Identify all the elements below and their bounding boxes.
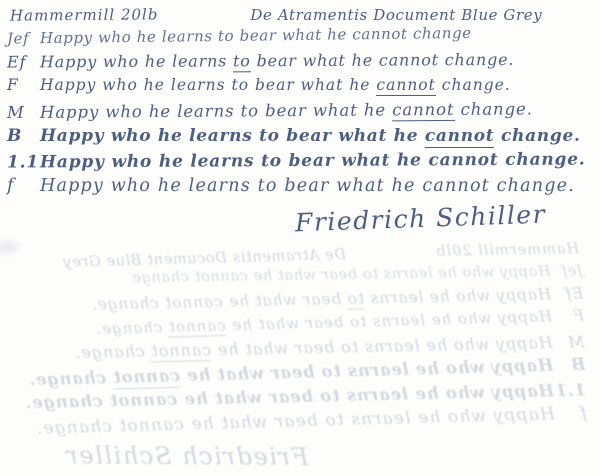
sample-text: Happy who he learns to bear what he cann…	[40, 76, 511, 94]
underlined-word: cannot	[425, 126, 494, 148]
writing-sample-line-3: F Happy who he learns to bear what he ca…	[0, 76, 600, 101]
nib-size-label: B	[553, 355, 586, 375]
underlined-word: cannot	[376, 76, 435, 96]
underlined-word: to	[233, 51, 251, 72]
nib-size-label: f	[7, 176, 40, 196]
nib-size-label: Jef	[551, 262, 583, 280]
writing-sample-line-4: M Happy who he learns to bear what he ca…	[0, 99, 600, 128]
nib-size-label: f	[554, 404, 587, 424]
nib-size-label: F	[552, 307, 584, 325]
underlined-word: cannot	[150, 341, 211, 363]
paper-brand-label: Hammermill 20lb	[10, 5, 159, 24]
nib-size-label: Jef	[7, 29, 40, 47]
underlined-word: to	[347, 289, 365, 310]
nib-size-label: M	[7, 103, 40, 122]
writing-sample-line-7: f Happy who he learns to bear what he ca…	[0, 176, 600, 201]
underlined-word: cannot	[168, 317, 226, 338]
writing-sample-line-6: 1.1 Happy who he learns to bear what he …	[0, 149, 600, 177]
sample-text: Happy who he learns to bear what he cann…	[40, 176, 575, 196]
paper-brand-label: Hammermill 20lb	[435, 239, 579, 259]
back-side-showthrough: Hammermill 20lb De Atramentis Document B…	[7, 233, 595, 474]
nib-size-label: Ef	[7, 52, 40, 71]
underlined-word: cannot	[392, 100, 454, 121]
ink-name-label: De Atramentis Document Blue Grey	[250, 6, 542, 24]
sample-text: Happy who he learns to bear what he cann…	[40, 24, 472, 47]
nib-size-label: Ef	[551, 284, 583, 303]
writing-sample-line-2: Ef Happy who he learns to bear what he c…	[0, 49, 600, 77]
nib-size-label: M	[552, 333, 584, 352]
sample-text: Happy who he learns to bear what he cann…	[40, 50, 514, 71]
sample-text: Happy who he learns to bear what he cann…	[40, 150, 586, 173]
nib-size-label: 1.1	[554, 381, 586, 401]
scanned-writing-sample: Hammermill 20lb De Atramentis Document B…	[0, 0, 600, 476]
sample-text: Happy who he learns to bear what he cann…	[40, 99, 533, 121]
nib-size-label: B	[7, 126, 40, 146]
writing-sample-line-5: B Happy who he learns to bear what he ca…	[0, 126, 600, 151]
nib-size-label: F	[7, 76, 40, 94]
signature: Friedrich Schiller	[12, 441, 308, 471]
nib-size-label: 1.1	[7, 152, 40, 172]
underlined-word: cannot	[112, 366, 180, 389]
signature: Friedrich Schiller	[295, 198, 600, 238]
front-side: Hammermill 20lb De Atramentis Document B…	[0, 0, 600, 232]
sample-header: Hammermill 20lb De Atramentis Document B…	[0, 0, 600, 26]
sample-text: Happy who he learns to bear what he cann…	[40, 126, 581, 146]
